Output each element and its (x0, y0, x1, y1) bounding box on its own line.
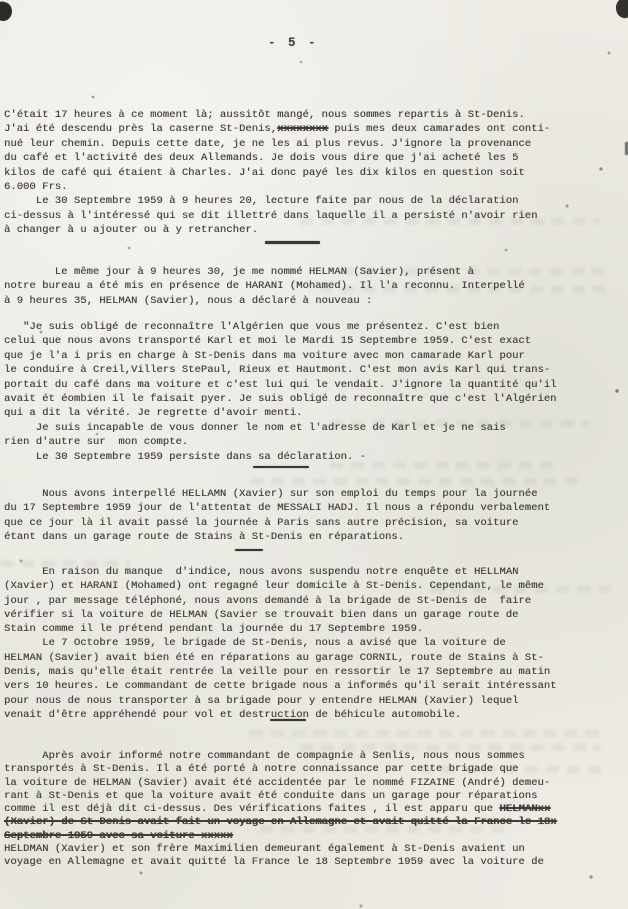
text-line: Le même jour à 9 heures 30, je me nommé … (4, 265, 628, 279)
text-line: avait ét éombien il le faisait pyer. Je … (4, 392, 628, 406)
text-line: nué leur chemin. Depuis cette date, je n… (4, 137, 628, 151)
text-segment: que je l'a i pris en charge à St-Denis d… (4, 350, 525, 362)
text-line: comme il est déjà dit ci-dessus. Des vér… (4, 803, 628, 816)
text-segment: vérifier si la voiture de HELMAN (Savier… (4, 609, 518, 621)
text-line: Le 30 Septembre 1959 persiste dans sa dé… (4, 450, 628, 464)
separator-3 (235, 549, 263, 551)
text-line: 6.000 Frs. (4, 180, 628, 194)
text-segment: comme il est déjà dit ci-dessus. Des vér… (4, 803, 499, 815)
text-line: du 17 Septembre 1959 jour de l'attentat … (4, 501, 628, 515)
separator-4 (270, 719, 306, 721)
text-line: notre bureau a été mis en présence de HA… (4, 279, 628, 293)
text-line: voyage en Allemagne et avait quitté la F… (4, 856, 628, 869)
text-segment: "Je suis obligé de reconnaître l'Algérie… (4, 321, 499, 333)
text-segment: Le même jour à 9 heures 30, je me nommé … (4, 266, 474, 278)
text-line: Denis, mais qu'elle était rentrée la vei… (4, 665, 628, 679)
dust-specks (0, 0, 2, 2)
paragraph-block-5: En raison du manque d'indice, nous avons… (4, 565, 628, 722)
text-line: ci-dessus à l'intéressé qui se dit illet… (4, 209, 628, 223)
text-segment: que ce jour là il avait passé la journée… (4, 517, 518, 529)
text-segment: voyage en Allemagne et avait quitté la F… (4, 856, 544, 868)
text-segment: Denis, mais qu'elle était rentrée la vei… (4, 666, 550, 678)
text-segment: Après avoir informé notre commandant de … (4, 750, 525, 762)
text-segment: qui a dit la vérité. Je regrette d'avoir… (4, 407, 303, 419)
text-line: Après avoir informé notre commandant de … (4, 750, 628, 763)
text-segment: C'était 17 heures à ce moment là; aussit… (4, 109, 525, 121)
paragraph-block-2: Le même jour à 9 heures 30, je me nommé … (4, 265, 628, 308)
text-segment: kilos de café qui étaient à Charles. J'a… (4, 167, 525, 179)
separator-1 (265, 241, 320, 244)
struck-text-segment: Septembre 1959 avec sa voiture xxxxx (4, 830, 233, 842)
text-line: (Xavier) de St-Denis avait fait un voyag… (4, 816, 628, 829)
text-segment: Le 7 Octobre 1959, le brigade de St-Deni… (4, 637, 506, 649)
text-segment: étant dans un garage route de Stains à S… (4, 531, 404, 543)
text-segment: Je suis incapable de vous donner le nom … (4, 422, 506, 434)
text-line: Stain comme il le prétend pendant la jou… (4, 622, 628, 636)
text-segment: Le 30 Septembre 1959 à 9 heures 20, lect… (4, 195, 518, 207)
text-line: portait du café dans ma voiture et c'est… (4, 378, 628, 392)
text-segment: la voiture de HELMAN (Savier) avait été … (4, 777, 550, 789)
text-segment: En raison du manque d'indice, nous avons… (4, 566, 518, 578)
text-segment: puis mes deux camarades ont conti- (328, 123, 550, 135)
text-line: Je suis incapable de vous donner le nom … (4, 421, 628, 435)
text-line: celui que nous avons transporté Karl et … (4, 334, 628, 348)
bleed-artifact (250, 478, 580, 485)
text-segment: vers 10 heures. Le commandant de cette b… (4, 680, 557, 692)
text-segment: notre bureau a été mis en présence de HA… (4, 280, 525, 292)
text-line: du café et l'activité des deux Allemands… (4, 151, 628, 165)
text-segment: du café et l'activité des deux Allemands… (4, 152, 518, 164)
paragraph-block-1: C'était 17 heures à ce moment là; aussit… (4, 108, 628, 238)
text-line: pour nous de nous transporter à sa briga… (4, 694, 628, 708)
text-segment: Nous avons interpellé HELLAMN (Xavier) s… (4, 488, 538, 500)
text-line: qui a dit la vérité. Je regrette d'avoir… (4, 406, 628, 420)
text-line: "Je suis obligé de reconnaître l'Algérie… (4, 320, 628, 334)
text-line: Le 7 Octobre 1959, le brigade de St-Deni… (4, 636, 628, 650)
text-line: Nous avons interpellé HELLAMN (Xavier) s… (4, 487, 628, 501)
text-segment: le conduire à Creil,Villers StePaul, Rie… (4, 364, 550, 376)
text-line: vers 10 heures. Le commandant de cette b… (4, 679, 628, 693)
struck-text-segment: (Xavier) de St-Denis avait fait un voyag… (4, 816, 557, 828)
text-line: rant à St-Denis et que la voiture avait … (4, 790, 628, 803)
text-line: C'était 17 heures à ce moment là; aussit… (4, 108, 628, 122)
text-line: transportés à St-Denis. Il a été porté à… (4, 763, 628, 776)
text-segment: rien d'autre sur mon compte. (4, 436, 188, 448)
text-line: étant dans un garage route de Stains à S… (4, 530, 628, 544)
text-segment: pour nous de nous transporter à sa briga… (4, 695, 518, 707)
text-segment: HELDMAN (Xavier) et son frère Maximilien… (4, 843, 525, 855)
text-line: rien d'autre sur mon compte. (4, 435, 628, 449)
text-line: vérifier si la voiture de HELMAN (Savier… (4, 608, 628, 622)
text-line: Le 30 Septembre 1959 à 9 heures 20, lect… (4, 194, 628, 208)
text-line: HELMAN (Savier) avait bien été en répara… (4, 651, 628, 665)
text-segment: 6.000 Frs. (4, 181, 68, 193)
text-segment: jour , par message téléphoné, nous avons… (4, 595, 531, 607)
text-segment: HELMAN (Savier) avait bien été en répara… (4, 652, 544, 664)
scan-corner-mark-right (614, 0, 628, 19)
text-line: à changer à u ajouter ou à y retrancher. (4, 223, 628, 237)
text-segment: du 17 Septembre 1959 jour de l'attentat … (4, 502, 550, 514)
text-line: (Xavier) et HARANI (Mohamed) ont regagné… (4, 579, 628, 593)
paragraph-block-3: "Je suis obligé de reconnaître l'Algérie… (4, 320, 628, 464)
paragraph-block-4: Nous avons interpellé HELLAMN (Xavier) s… (4, 487, 628, 545)
text-line: le conduire à Creil,Villers StePaul, Rie… (4, 363, 628, 377)
text-segment: celui que nous avons transporté Karl et … (4, 335, 531, 347)
bleed-artifact (250, 730, 600, 737)
separator-2 (253, 466, 309, 468)
text-line: à 9 heures 35, HELMAN (Savier), nous a d… (4, 294, 628, 308)
text-segment: nué leur chemin. Depuis cette date, je n… (4, 138, 531, 150)
text-line: venait d'être appréhendé pour vol et des… (4, 708, 628, 722)
text-line: J'ai été descendu près la caserne St-Den… (4, 122, 628, 136)
text-line: En raison du manque d'indice, nous avons… (4, 565, 628, 579)
scan-corner-mark-left (0, 0, 14, 23)
page-number: - 5 - (268, 36, 318, 50)
text-segment: à changer à u ajouter ou à y retrancher. (4, 224, 258, 236)
paragraph-block-6: Après avoir informé notre commandant de … (4, 750, 628, 870)
text-segment: J'ai été descendu près la caserne St-Den… (4, 123, 277, 135)
text-segment: avait ét éombien il le faisait pyer. Je … (4, 393, 557, 405)
text-segment: ci-dessus à l'intéressé qui se dit illet… (4, 210, 538, 222)
text-segment: à 9 heures 35, HELMAN (Savier), nous a d… (4, 295, 372, 307)
document-page: - 5 - C'était 17 heures à ce moment là; … (0, 0, 628, 909)
text-segment: Le 30 Septembre 1959 persiste dans sa dé… (4, 451, 366, 463)
text-segment: portait du café dans ma voiture et c'est… (4, 379, 557, 391)
text-line: HELDMAN (Xavier) et son frère Maximilien… (4, 843, 628, 856)
text-segment: Stain comme il le prétend pendant la jou… (4, 623, 423, 635)
text-segment: rant à St-Denis et que la voiture avait … (4, 790, 538, 802)
text-segment: venait d'être appréhendé pour vol et des… (4, 709, 461, 721)
text-line: jour , par message téléphoné, nous avons… (4, 594, 628, 608)
struck-text-segment: HELMANxx (499, 803, 550, 815)
text-line: Septembre 1959 avec sa voiture xxxxx (4, 830, 628, 843)
text-line: que je l'a i pris en charge à St-Denis d… (4, 349, 628, 363)
struck-text-segment: xxxxxxxx (277, 123, 328, 135)
text-segment: transportés à St-Denis. Il a été porté à… (4, 763, 518, 775)
text-line: que ce jour là il avait passé la journée… (4, 516, 628, 530)
text-line: la voiture de HELMAN (Savier) avait été … (4, 777, 628, 790)
text-segment: (Xavier) et HARANI (Mohamed) ont regagné… (4, 580, 544, 592)
text-line: kilos de café qui étaient à Charles. J'a… (4, 166, 628, 180)
